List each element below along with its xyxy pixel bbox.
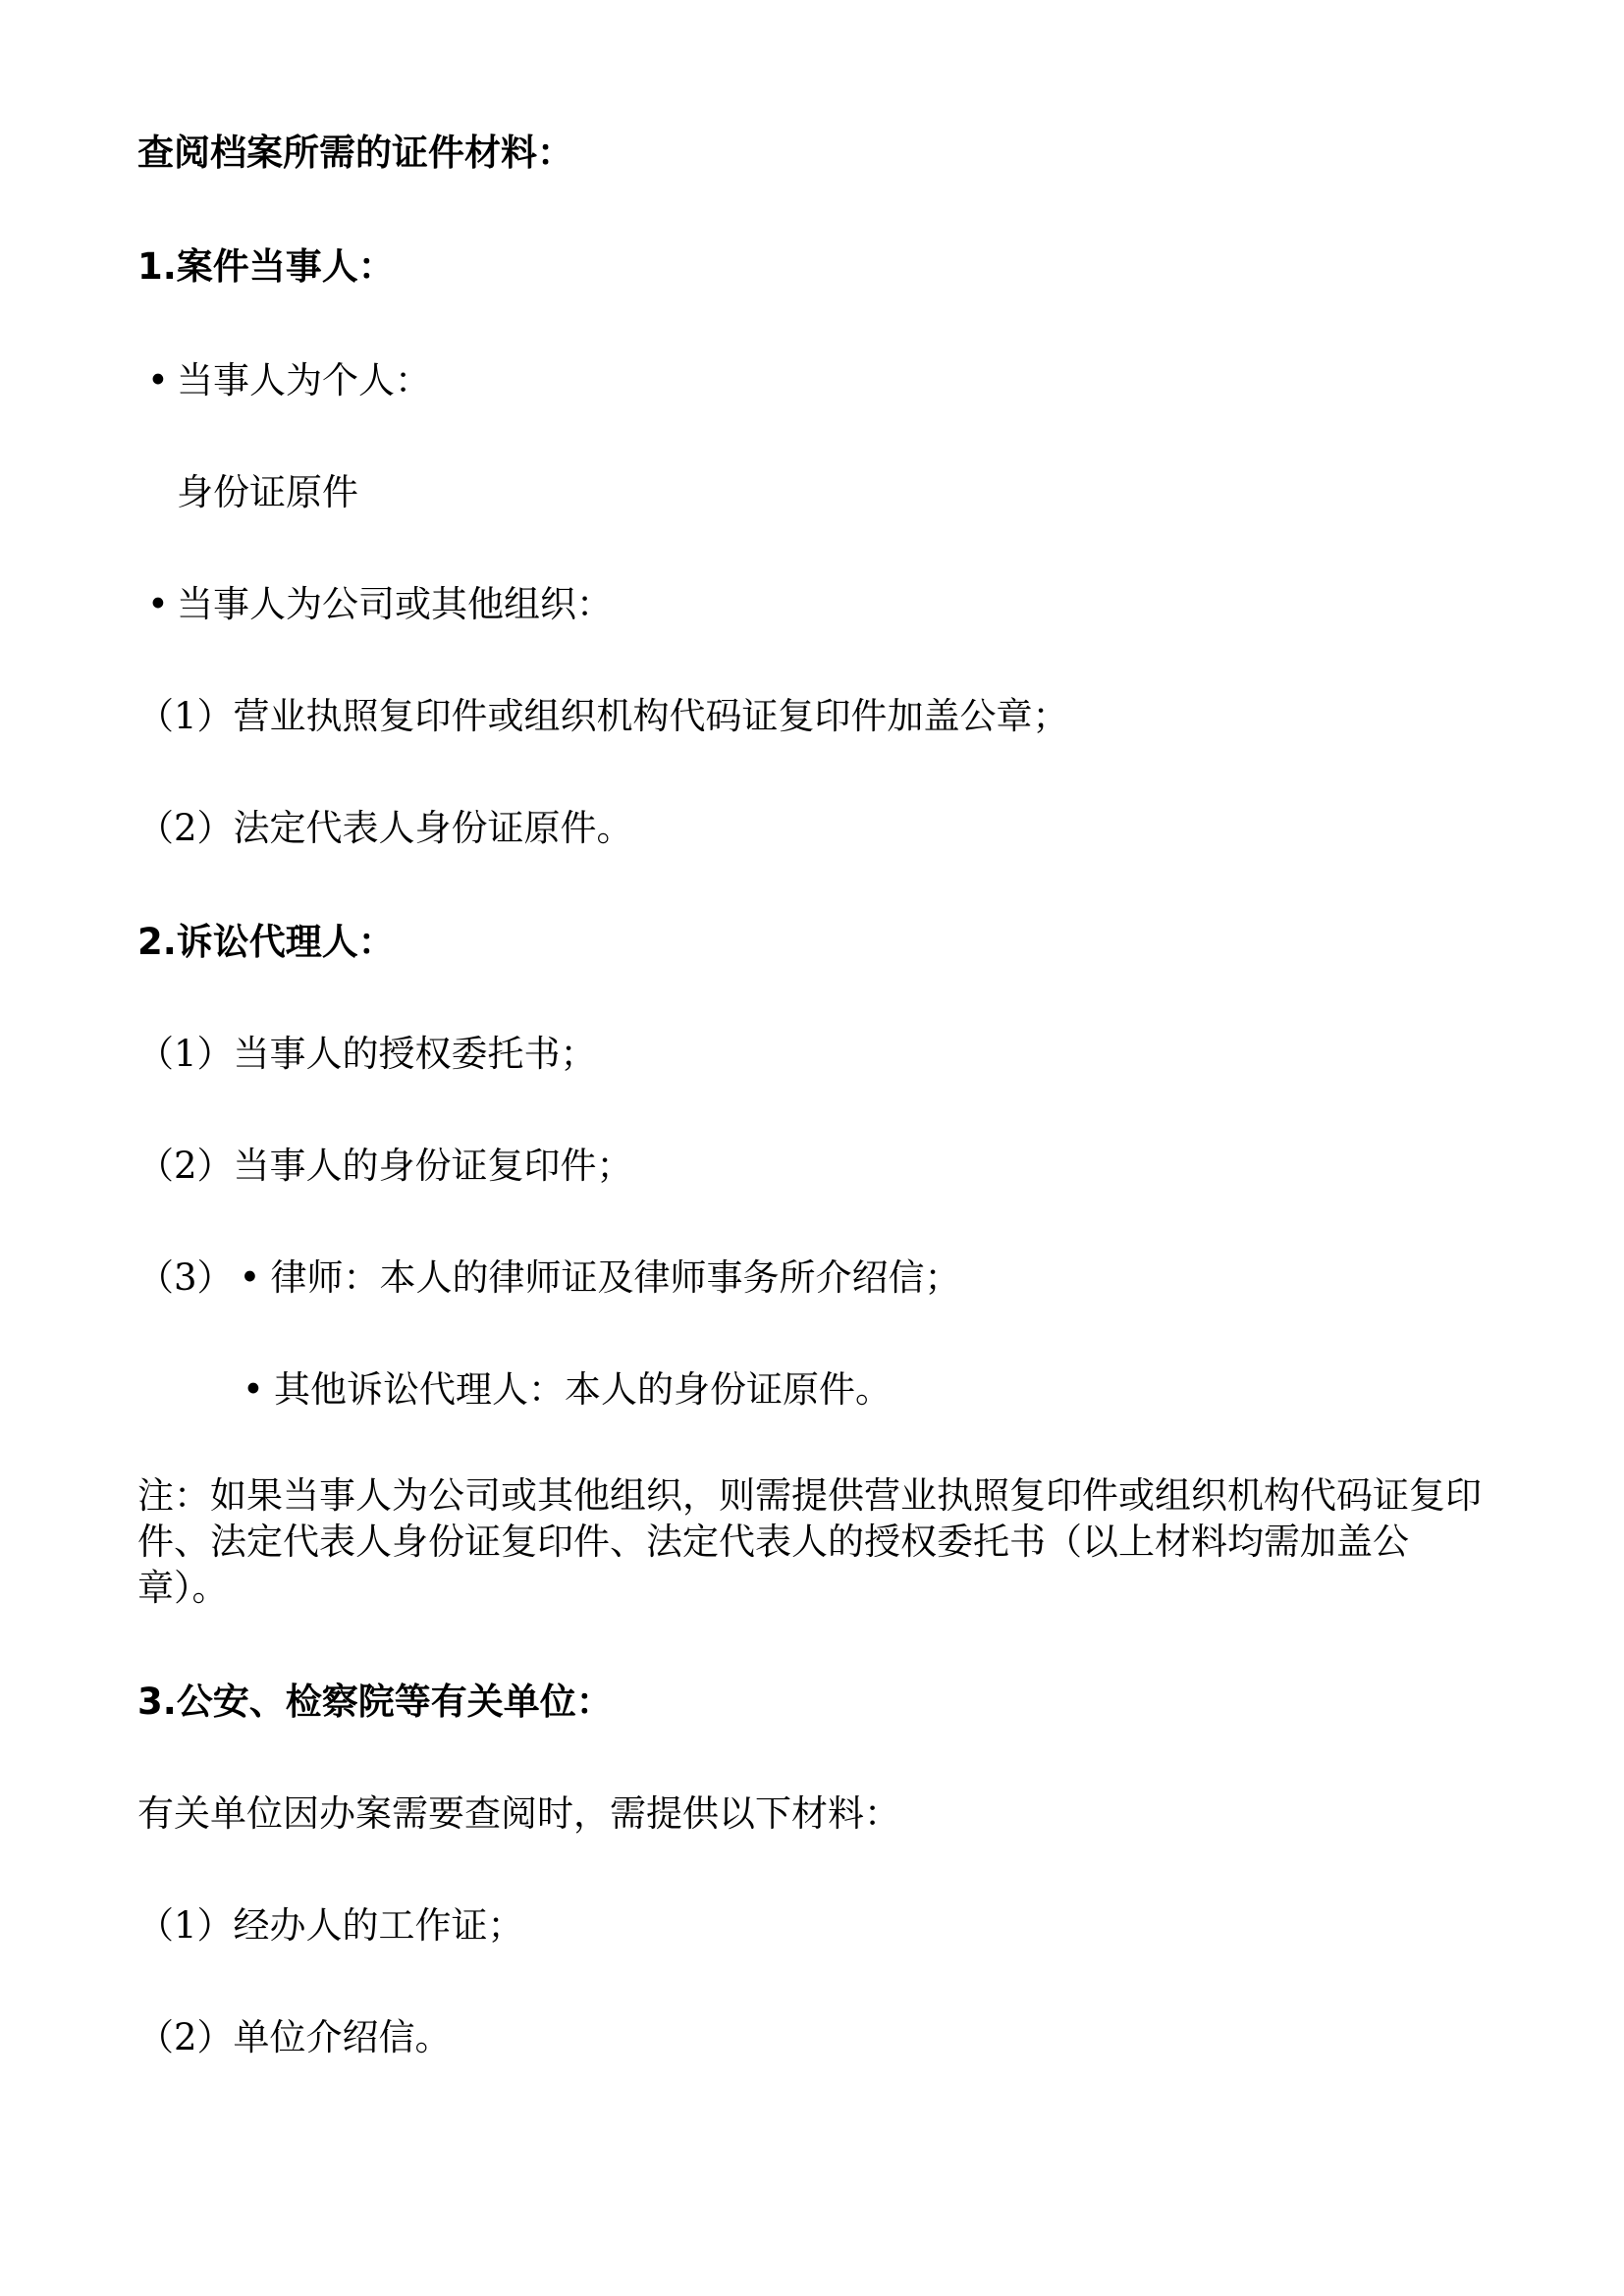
section-heading-parties: 1.案件当事人： xyxy=(137,245,395,289)
item-text: 律师：本人的律师证及律师事务所介绍信； xyxy=(271,1256,961,1299)
document-title: 查阅档案所需的证件材料： xyxy=(137,132,573,175)
list-item: （2）单位介绍信。 xyxy=(137,2016,452,2059)
list-item: （1）当事人的授权委托书； xyxy=(137,1033,597,1076)
list-item: （1）经办人的工作证； xyxy=(137,1904,524,1948)
group-company-label: •当事人为公司或其他组织： xyxy=(137,583,613,626)
list-item-other-agent: •其他诉讼代理人：本人的身份证原件。 xyxy=(237,1368,892,1412)
bullet-icon: • xyxy=(237,1368,274,1412)
group-label: 当事人为公司或其他组织： xyxy=(177,583,613,625)
group-label: 当事人为个人： xyxy=(177,359,431,401)
section-intro: 有关单位因办案需要查阅时，需提供以下材料： xyxy=(137,1792,900,1836)
item-text: 其他诉讼代理人：本人的身份证原件。 xyxy=(274,1368,892,1411)
section-heading-authorities: 3.公安、检察院等有关单位： xyxy=(137,1681,613,1724)
section-heading-agents: 2.诉讼代理人： xyxy=(137,921,395,964)
list-item-lawyer: （3）•律师：本人的律师证及律师事务所介绍信； xyxy=(137,1256,961,1300)
list-item: （2）法定代表人身份证原件。 xyxy=(137,807,633,850)
bullet-icon: • xyxy=(137,359,177,402)
list-item: （1）营业执照复印件或组织机构代码证复印件加盖公章； xyxy=(137,695,1069,738)
group-individual-label: •当事人为个人： xyxy=(137,359,431,402)
note-paragraph: 注：如果当事人为公司或其他组织，则需提供营业执照复印件或组织机构代码证复印件、法… xyxy=(137,1472,1492,1611)
list-item: （2）当事人的身份证复印件； xyxy=(137,1145,633,1188)
bullet-icon: • xyxy=(137,583,177,626)
list-item: 身份证原件 xyxy=(177,471,358,514)
item-prefix: （3） xyxy=(137,1256,234,1299)
bullet-icon: • xyxy=(234,1256,271,1300)
